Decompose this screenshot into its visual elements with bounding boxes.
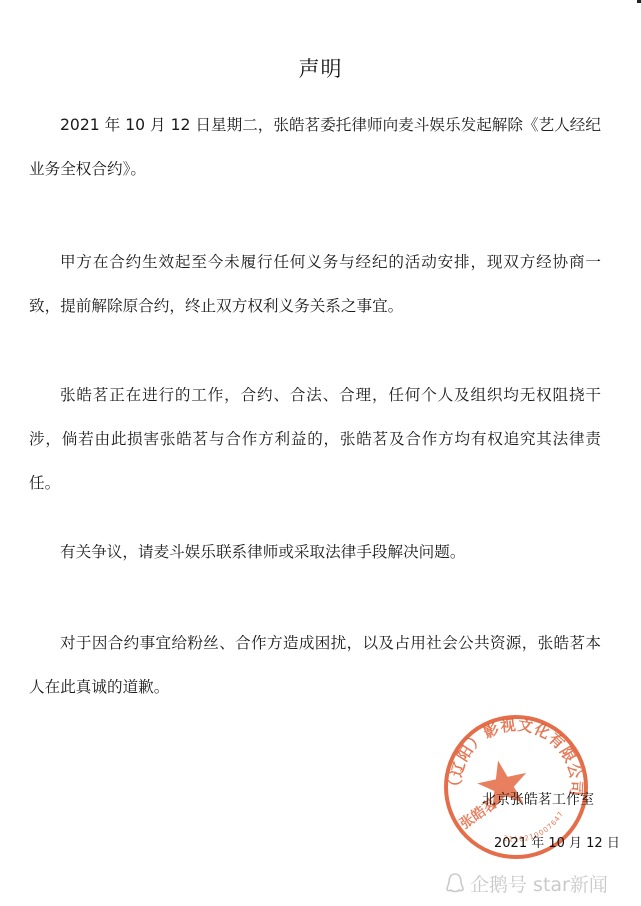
document-title: 声明 xyxy=(0,55,641,83)
paragraph-breach-statement: 甲方在合约生效起至今未履行任何义务与经纪的活动安排，现双方经协商一致，提前解除原… xyxy=(29,240,601,328)
paragraph-rights-statement: 张皓茗正在进行的工作，合约、合法、合理，任何个人及组织均无权阻挠干涉，倘若由此损… xyxy=(29,373,601,505)
paragraph-dispute-contact: 有关争议，请麦斗娱乐联系律师或采取法律手段解决问题。 xyxy=(29,530,601,574)
penguin-icon xyxy=(446,872,464,894)
source-watermark: 企鹅号 star新闻 xyxy=(446,869,608,897)
issuer-signature: 北京张皓茗工作室 xyxy=(482,790,594,810)
watermark-label: 企鹅号 star新闻 xyxy=(470,870,608,897)
paragraph-termination-notice: 2021 年 10 月 12 日星期二，张皓茗委托律师向麦斗娱乐发起解除《艺人经… xyxy=(29,103,601,191)
signature-date: 2021 年 10 月 12 日 xyxy=(494,834,620,854)
scan-corner-mark xyxy=(637,0,641,3)
svg-text:（辽阳）影视文化有限公司: （辽阳）影视文化有限公司 xyxy=(447,716,585,797)
paragraph-apology: 对于因合约事宜给粉丝、合作方造成困扰，以及占用社会公共资源，张皓茗本人在此真诚的… xyxy=(29,621,601,709)
